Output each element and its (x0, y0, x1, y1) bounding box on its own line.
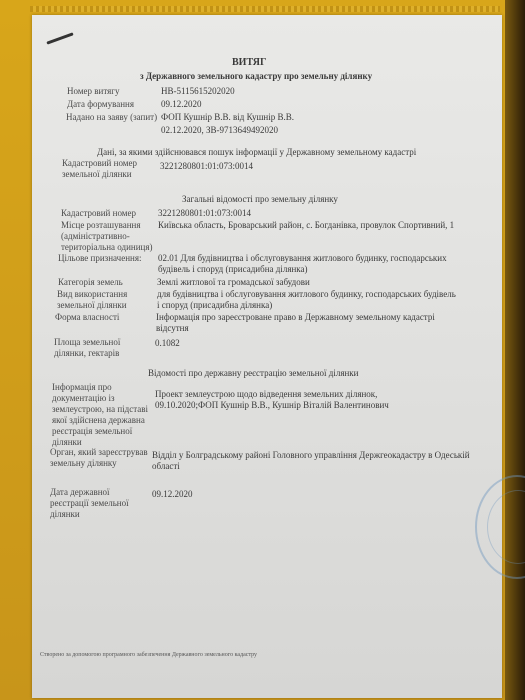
value-request-line2: 02.12.2020, ЗВ-9713649492020 (161, 125, 278, 136)
document-title: ВИТЯГ (232, 57, 266, 68)
value-extract-number: НВ-5115615202020 (161, 86, 235, 97)
label-cadastral-number: Кадастровий номер (61, 208, 136, 219)
background-shadow (505, 0, 525, 700)
document-subtitle: з Державного земельного кадастру про зем… (140, 71, 372, 82)
value-request: ФОП Кушнір В.В. від Кушнір В.В. (161, 112, 294, 123)
value-ownership-form: Інформація про зареєстроване право в Дер… (156, 312, 461, 334)
registration-section-heading: Відомості про державну реєстрацію земель… (148, 368, 358, 379)
value-registration-date: 09.12.2020 (152, 489, 193, 500)
label-documentation: Інформація про документацію із землеустр… (52, 382, 152, 448)
value-formation-date: 09.12.2020 (161, 99, 202, 110)
label-area: Площа земельної ділянки, гектарів (54, 337, 144, 359)
value-usage-type: для будівництва і обслуговування житлово… (157, 289, 457, 311)
label-ownership-form: Форма власності (55, 312, 119, 323)
label-registration-date: Дата державної реєстрації земельної діля… (50, 487, 140, 520)
value-registering-authority: Відділ у Болградському районі Головного … (152, 450, 482, 472)
label-purpose: Цільове призначення: (58, 253, 141, 264)
folder-edge (30, 6, 500, 12)
value-cadastral-number: 3221280801:01:073:0014 (158, 208, 251, 219)
label-registering-authority: Орган, який зареєстрував земельну ділянк… (50, 447, 150, 469)
label-formation-date: Дата формування (67, 99, 134, 110)
general-section-heading: Загальні відомості про земельну ділянку (182, 194, 338, 205)
label-location: Місце розташування (адміністративно-тери… (61, 220, 156, 253)
label-extract-number: Номер витягу (67, 86, 119, 97)
label-land-category: Категорія земель (58, 277, 123, 288)
footer-note: Створено за допомогою програмного забезп… (40, 650, 257, 661)
label-request: Надано на заяву (запит) (66, 112, 157, 123)
value-documentation: Проект землеустрою щодо відведення земел… (155, 389, 440, 411)
value-purpose: 02.01 Для будівництва і обслуговування ж… (158, 253, 458, 275)
value-search-cadastral: 3221280801:01:073:0014 (160, 161, 253, 172)
label-search-cadastral: Кадастровий номер земельної ділянки (62, 158, 157, 180)
search-note: Дані, за якими здійснювався пошук інформ… (97, 147, 416, 158)
value-area: 0.1082 (155, 338, 180, 349)
value-land-category: Землі житлової та громадської забудови (157, 277, 310, 288)
label-usage-type: Вид використання земельної ділянки (57, 289, 152, 311)
value-location: Київська область, Броварський район, с. … (158, 220, 458, 231)
